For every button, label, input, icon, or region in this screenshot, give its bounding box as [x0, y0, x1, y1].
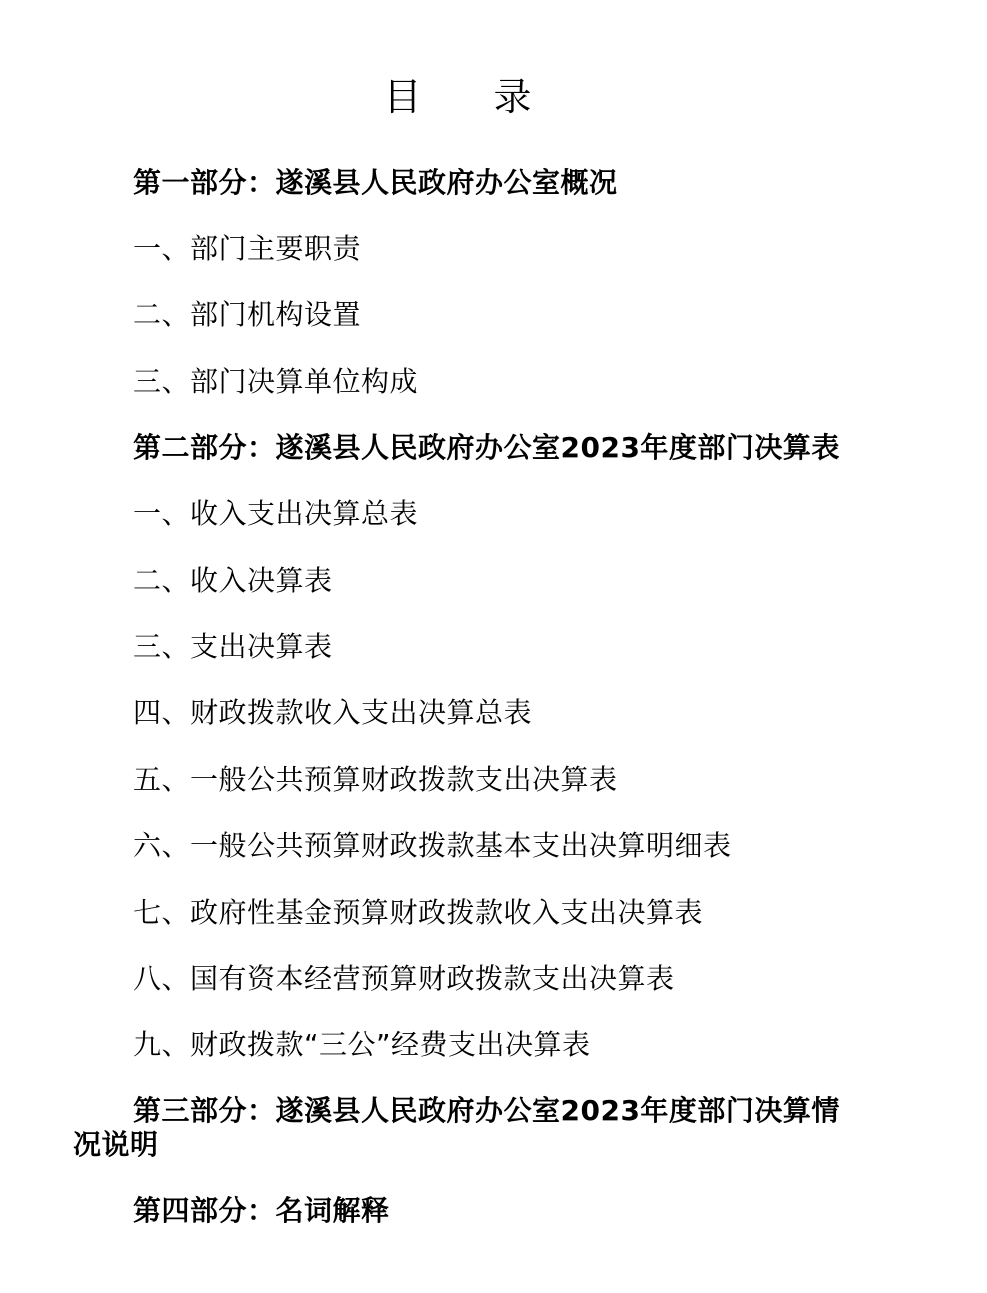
toc-item-2-5: 五、一般公共预算财政拨款支出决算表 — [133, 763, 618, 797]
toc-part-3: 第三部分：遂溪县人民政府办公室2023年度部门决算情况说明 — [73, 1094, 853, 1162]
toc-item-2-3: 三、支出决算表 — [133, 630, 333, 664]
toc-item-2-6: 六、一般公共预算财政拨款基本支出决算明细表 — [133, 829, 732, 863]
toc-item-1-2: 二、部门机构设置 — [133, 298, 361, 332]
toc-part-4: 第四部分：名词解释 — [133, 1194, 390, 1228]
toc-item-2-9: 九、财政拨款“三公”经费支出决算表 — [133, 1028, 591, 1062]
toc-part-2: 第二部分：遂溪县人民政府办公室2023年度部门决算表 — [133, 431, 840, 465]
toc-item-1-3: 三、部门决算单位构成 — [133, 365, 418, 399]
toc-item-2-1: 一、收入支出决算总表 — [133, 497, 418, 531]
toc-part-1: 第一部分：遂溪县人民政府办公室概况 — [133, 166, 618, 200]
toc-item-2-2: 二、收入决算表 — [133, 564, 333, 598]
page-title: 目 录 — [0, 72, 945, 122]
toc-item-1-1: 一、部门主要职责 — [133, 232, 361, 266]
document-page: 目 录 第一部分：遂溪县人民政府办公室概况 一、部门主要职责 二、部门机构设置 … — [0, 0, 987, 1293]
toc-item-2-8: 八、国有资本经营预算财政拨款支出决算表 — [133, 962, 675, 996]
toc-item-2-7: 七、政府性基金预算财政拨款收入支出决算表 — [133, 896, 703, 930]
toc-item-2-4: 四、财政拨款收入支出决算总表 — [133, 696, 532, 730]
